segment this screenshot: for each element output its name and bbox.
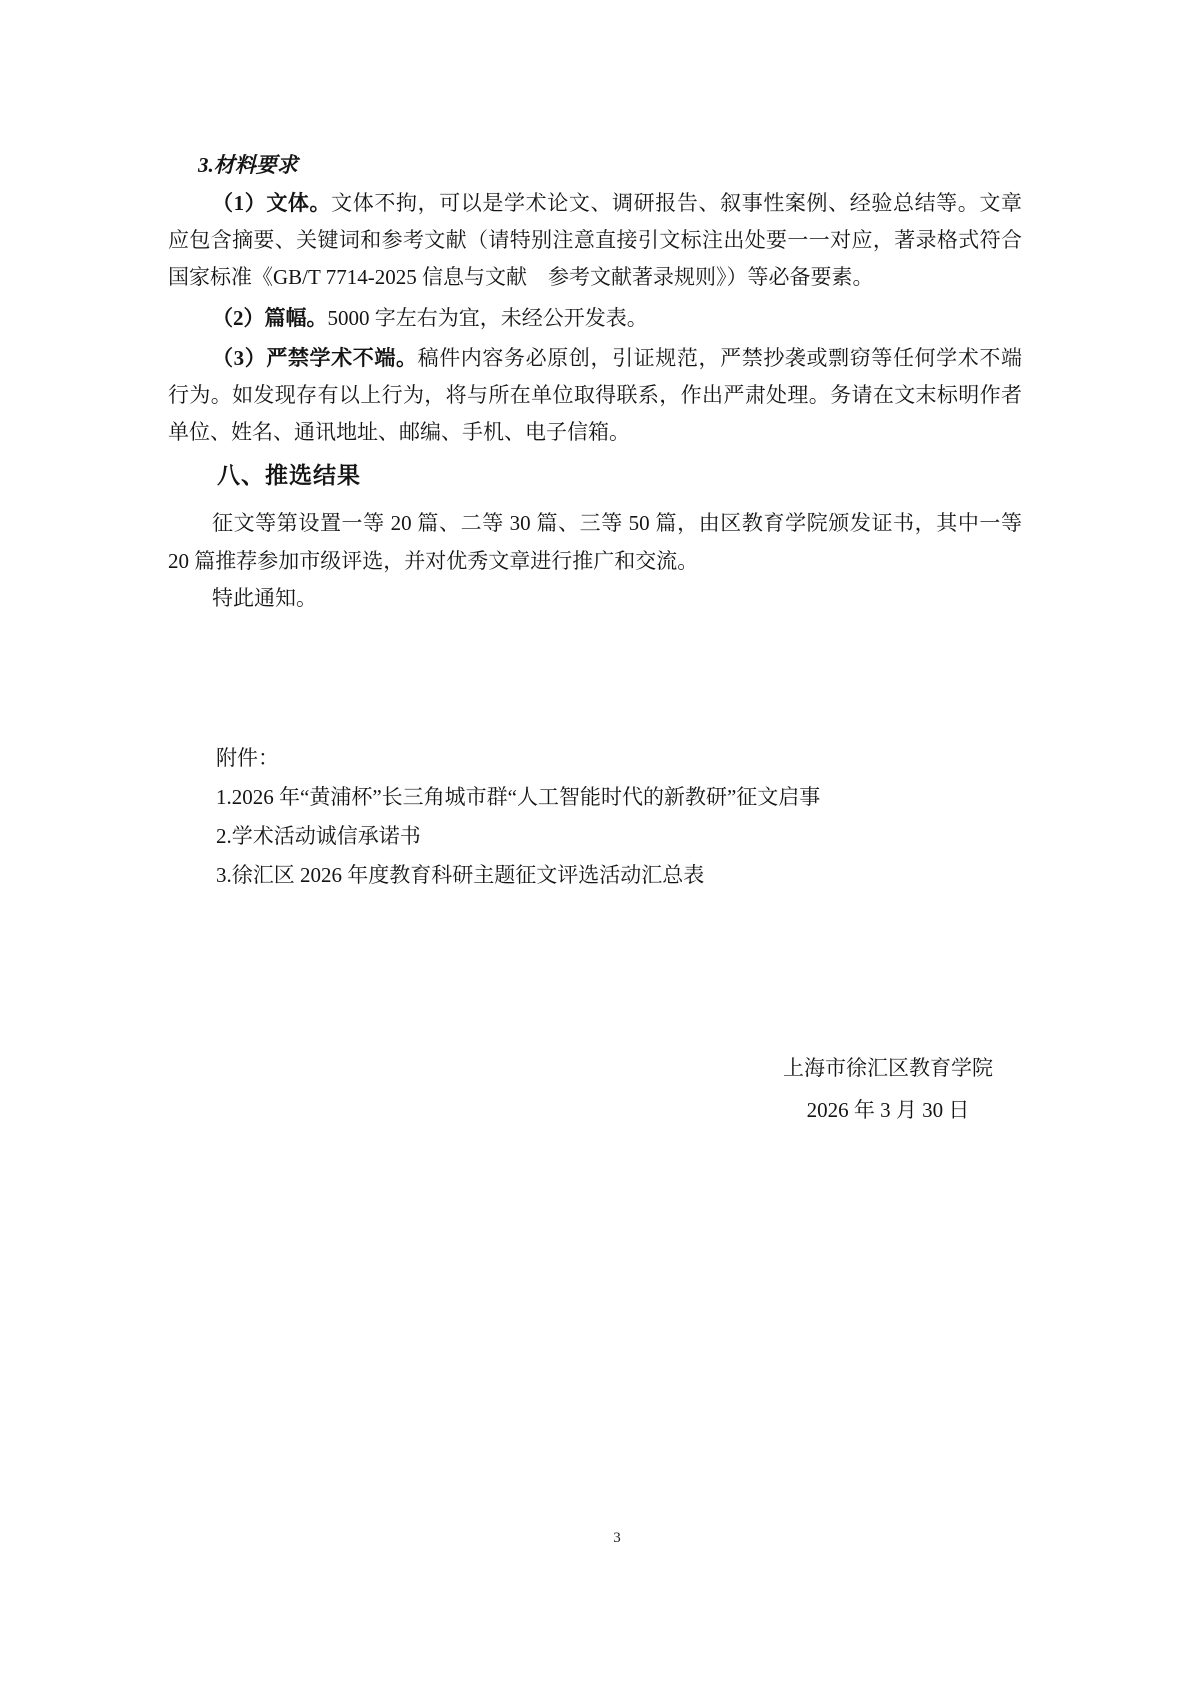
paragraph-integrity-line3: 单位、姓名、通讯地址、邮编、手机、电子信箱。 bbox=[168, 414, 1022, 451]
paragraph-style-line2: 应包含摘要、关键词和参考文献（请特别注意直接引文标注出处要一一对应，著录格式符合 bbox=[168, 222, 1022, 259]
attachment-item-1: 1.2026 年“黄浦杯”长三角城市群“人工智能时代的新教研”征文启事 bbox=[216, 778, 1022, 817]
clause-label-style: （1）文体。 bbox=[212, 191, 331, 215]
signature-date: 2026 年 3 月 30 日 bbox=[688, 1089, 1088, 1131]
paragraph-results-line2: 20 篇推荐参加市级评选，并对优秀文章进行推广和交流。 bbox=[168, 542, 1022, 580]
page-number: 3 bbox=[567, 1528, 667, 1548]
paragraph-integrity: （3）严禁学术不端。稿件内容务必原创，引证规范，严禁抄袭或剽窃等任何学术不端 行… bbox=[168, 340, 1022, 451]
clause-label-integrity: （3）严禁学术不端。 bbox=[212, 346, 418, 370]
document-page: 3.材料要求 （1）文体。文体不拘，可以是学术论文、调研报告、叙事性案例、经验总… bbox=[0, 0, 1190, 1683]
paragraph-length-line1: （2）篇幅。5000 字左右为宜，未经公开发表。 bbox=[168, 300, 1022, 337]
paragraph-integrity-line2: 行为。如发现存有以上行为，将与所在单位取得联系，作出严肃处理。务请在文末标明作者 bbox=[168, 377, 1022, 414]
paragraph-results-line1: 征文等第设置一等 20 篇、二等 30 篇、三等 50 篇，由区教育学院颁发证书… bbox=[168, 504, 1022, 542]
clause-text-length: 5000 字左右为宜，未经公开发表。 bbox=[328, 306, 648, 330]
signature-organization: 上海市徐汇区教育学院 bbox=[688, 1047, 1088, 1089]
paragraph-style-line3: 国家标准《GB/T 7714-2025 信息与文献 参考文献著录规则》）等必备要… bbox=[168, 259, 1022, 296]
clause-text-integrity: 稿件内容务必原创，引证规范，严禁抄袭或剽窃等任何学术不端 bbox=[418, 346, 1022, 370]
paragraph-style: （1）文体。文体不拘，可以是学术论文、调研报告、叙事性案例、经验总结等。文章 应… bbox=[168, 185, 1022, 296]
notice-close-text: 特此通知。 bbox=[168, 580, 1022, 617]
paragraph-integrity-line1: （3）严禁学术不端。稿件内容务必原创，引证规范，严禁抄袭或剽窃等任何学术不端 bbox=[168, 340, 1022, 377]
attachment-item-3: 3.徐汇区 2026 年度教育科研主题征文评选活动汇总表 bbox=[216, 856, 1022, 895]
clause-label-length: （2）篇幅。 bbox=[212, 306, 328, 330]
attachments-label: 附件： bbox=[216, 739, 1022, 778]
section-heading-results: 八、推选结果 bbox=[168, 457, 1022, 494]
attachments-list: 附件： 1.2026 年“黄浦杯”长三角城市群“人工智能时代的新教研”征文启事 … bbox=[216, 739, 1022, 895]
signature-block: 上海市徐汇区教育学院 2026 年 3 月 30 日 bbox=[688, 1047, 1088, 1131]
paragraph-style-line1: （1）文体。文体不拘，可以是学术论文、调研报告、叙事性案例、经验总结等。文章 bbox=[168, 185, 1022, 222]
section-heading-materials: 3.材料要求 bbox=[168, 147, 1022, 184]
paragraph-results: 征文等第设置一等 20 篇、二等 30 篇、三等 50 篇，由区教育学院颁发证书… bbox=[168, 504, 1022, 580]
clause-text-style: 文体不拘，可以是学术论文、调研报告、叙事性案例、经验总结等。文章 bbox=[331, 191, 1022, 215]
attachment-item-2: 2.学术活动诚信承诺书 bbox=[216, 817, 1022, 856]
paragraph-notice-close: 特此通知。 bbox=[168, 580, 1022, 617]
paragraph-length: （2）篇幅。5000 字左右为宜，未经公开发表。 bbox=[168, 300, 1022, 337]
